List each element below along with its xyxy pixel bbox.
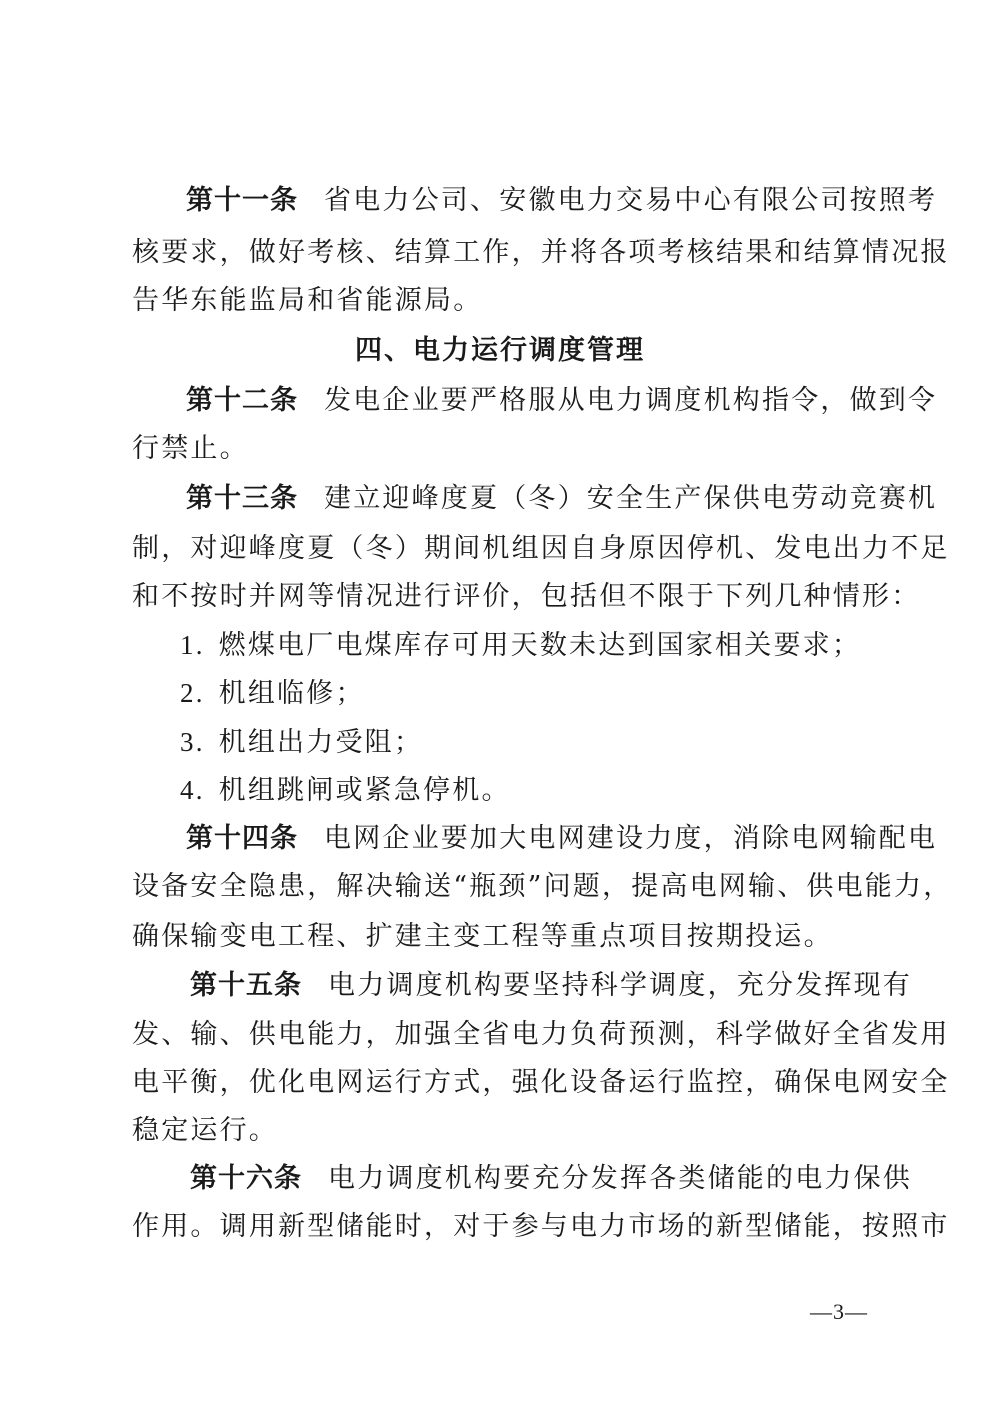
section-heading: 四、电力运行调度管理 [0,334,1000,368]
list-item-1: 1.燃煤电厂电煤库存可用天数未达到国家相关要求； [180,628,861,663]
article-15-line-2: 发、输、供电能力，加强全省电力负荷预测，科学做好全省发用 [132,1018,872,1052]
article-13-line-3: 和不按时并网等情况进行评价，包括但不限于下列几种情形： [132,580,872,614]
list-item-4: 4.机组跳闸或紧急停机。 [180,773,511,808]
article-15-line-4: 稳定运行。 [132,1114,872,1148]
page-number: —3— [810,1299,868,1325]
article-16-line-2: 作用。调用新型储能时，对于参与电力市场的新型储能，按照市 [132,1210,872,1244]
article-13-line-1: 第十三条建立迎峰度夏（冬）安全生产保供电劳动竞赛机 [186,482,872,516]
article-12-line-1: 第十二条发电企业要严格服从电力调度机构指令，做到令 [186,384,872,418]
list-item-3: 3.机组出力受阻； [180,725,423,760]
article-11-line-2: 核要求，做好考核、结算工作，并将各项考核结果和结算情况报 [132,236,872,270]
article-15-label: 第十五条 [190,970,302,1001]
article-12-label: 第十二条 [186,385,298,416]
article-14-label: 第十四条 [186,823,298,854]
document-page: 第十一条省电力公司、安徽电力交易中心有限公司按照考 核要求，做好考核、结算工作，… [0,0,1000,1414]
article-14-line-3: 确保输变电工程、扩建主变工程等重点项目按期投运。 [132,920,872,954]
article-11-line-3: 告华东能监局和省能源局。 [132,284,872,318]
list-item-2: 2.机组临修； [180,676,365,711]
article-14-line-1: 第十四条电网企业要加大电网建设力度，消除电网输配电 [186,822,872,856]
article-11-label: 第十一条 [186,185,298,216]
article-15-line-1: 第十五条电力调度机构要坚持科学调度，充分发挥现有 [190,969,872,1003]
article-13-line-2: 制，对迎峰度夏（冬）期间机组因自身原因停机、发电出力不足 [132,532,872,566]
article-14-line-2: 设备安全隐患，解决输送“瓶颈”问题，提高电网输、供电能力， [132,870,872,904]
article-13-label: 第十三条 [186,483,298,514]
article-12-line-2: 行禁止。 [132,432,872,466]
article-15-line-3: 电平衡，优化电网运行方式，强化设备运行监控，确保电网安全 [132,1066,872,1100]
article-11-line-1: 第十一条省电力公司、安徽电力交易中心有限公司按照考 [186,184,872,218]
article-16-label: 第十六条 [190,1163,302,1194]
article-16-line-1: 第十六条电力调度机构要充分发挥各类储能的电力保供 [190,1162,872,1196]
